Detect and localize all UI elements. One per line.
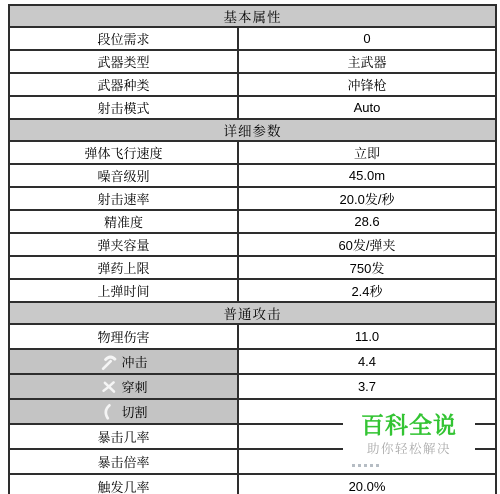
table-row: 弹体飞行速度立即: [9, 141, 496, 164]
stat-label: 切割: [9, 399, 238, 424]
table-row: 段位需求0: [9, 27, 496, 50]
section-header: 基本属性: [9, 5, 496, 27]
table-row: 冲击4.4: [9, 349, 496, 374]
table-row: 射击模式Auto: [9, 96, 496, 119]
table-row: 射击速率20.0发/秒: [9, 187, 496, 210]
stat-value: 28.6: [238, 210, 496, 233]
table-row: 物理伤害11.0: [9, 324, 496, 349]
watermark-subtitle: 助你轻松解决: [367, 439, 451, 457]
slash-blade-icon: [99, 402, 119, 422]
obscured-value-remnant: [352, 464, 379, 467]
stat-label: 穿刺: [9, 374, 238, 399]
stat-value: 750发: [238, 256, 496, 279]
stat-label: 噪音级别: [9, 164, 238, 187]
stat-value: 60发/弹夹: [238, 233, 496, 256]
stat-value: 0: [238, 27, 496, 50]
section-header: 详细参数: [9, 119, 496, 141]
stat-label: 弹夹容量: [9, 233, 238, 256]
stat-label: 物理伤害: [9, 324, 238, 349]
section-row: 普通攻击: [9, 302, 496, 324]
stat-label: 武器种类: [9, 73, 238, 96]
table-row: 弹夹容量60发/弹夹: [9, 233, 496, 256]
stat-label: 上弹时间: [9, 279, 238, 302]
table-row: 武器种类冲锋枪: [9, 73, 496, 96]
stat-value: 立即: [238, 141, 496, 164]
table-row: 武器类型主武器: [9, 50, 496, 73]
table-row: 触发几率20.0%: [9, 474, 496, 494]
stat-label: 精准度: [9, 210, 238, 233]
stat-label: 暴击几率: [9, 424, 238, 449]
table-row: 精准度28.6: [9, 210, 496, 233]
table-row: 上弹时间2.4秒: [9, 279, 496, 302]
watermark: 百科全说 助你轻松解决: [343, 407, 475, 463]
section-row: 详细参数: [9, 119, 496, 141]
watermark-title: 百科全说: [361, 413, 457, 437]
stat-label: 射击模式: [9, 96, 238, 119]
table-row: 噪音级别45.0m: [9, 164, 496, 187]
table-row: 穿刺3.7: [9, 374, 496, 399]
stat-label: 暴击倍率: [9, 449, 238, 474]
stat-label: 冲击: [9, 349, 238, 374]
section-header: 普通攻击: [9, 302, 496, 324]
stat-label: 武器类型: [9, 50, 238, 73]
stat-value: 2.4秒: [238, 279, 496, 302]
section-row: 基本属性: [9, 5, 496, 27]
stat-value: Auto: [238, 96, 496, 119]
stat-value: 20.0%: [238, 474, 496, 494]
stat-value: 45.0m: [238, 164, 496, 187]
stat-label: 弹体飞行速度: [9, 141, 238, 164]
stat-value: 3.7: [238, 374, 496, 399]
stat-value: 4.4: [238, 349, 496, 374]
stat-label: 段位需求: [9, 27, 238, 50]
impact-pickaxe-icon: [99, 352, 119, 372]
puncture-cross-icon: [99, 377, 119, 397]
table-row: 弹药上限750发: [9, 256, 496, 279]
stat-label: 弹药上限: [9, 256, 238, 279]
stat-label: 触发几率: [9, 474, 238, 494]
stat-value: 主武器: [238, 50, 496, 73]
stat-value: 冲锋枪: [238, 73, 496, 96]
page: 基本属性段位需求0武器类型主武器武器种类冲锋枪射击模式Auto详细参数弹体飞行速…: [0, 0, 500, 494]
stat-label: 射击速率: [9, 187, 238, 210]
stat-value: 20.0发/秒: [238, 187, 496, 210]
stat-value: 11.0: [238, 324, 496, 349]
